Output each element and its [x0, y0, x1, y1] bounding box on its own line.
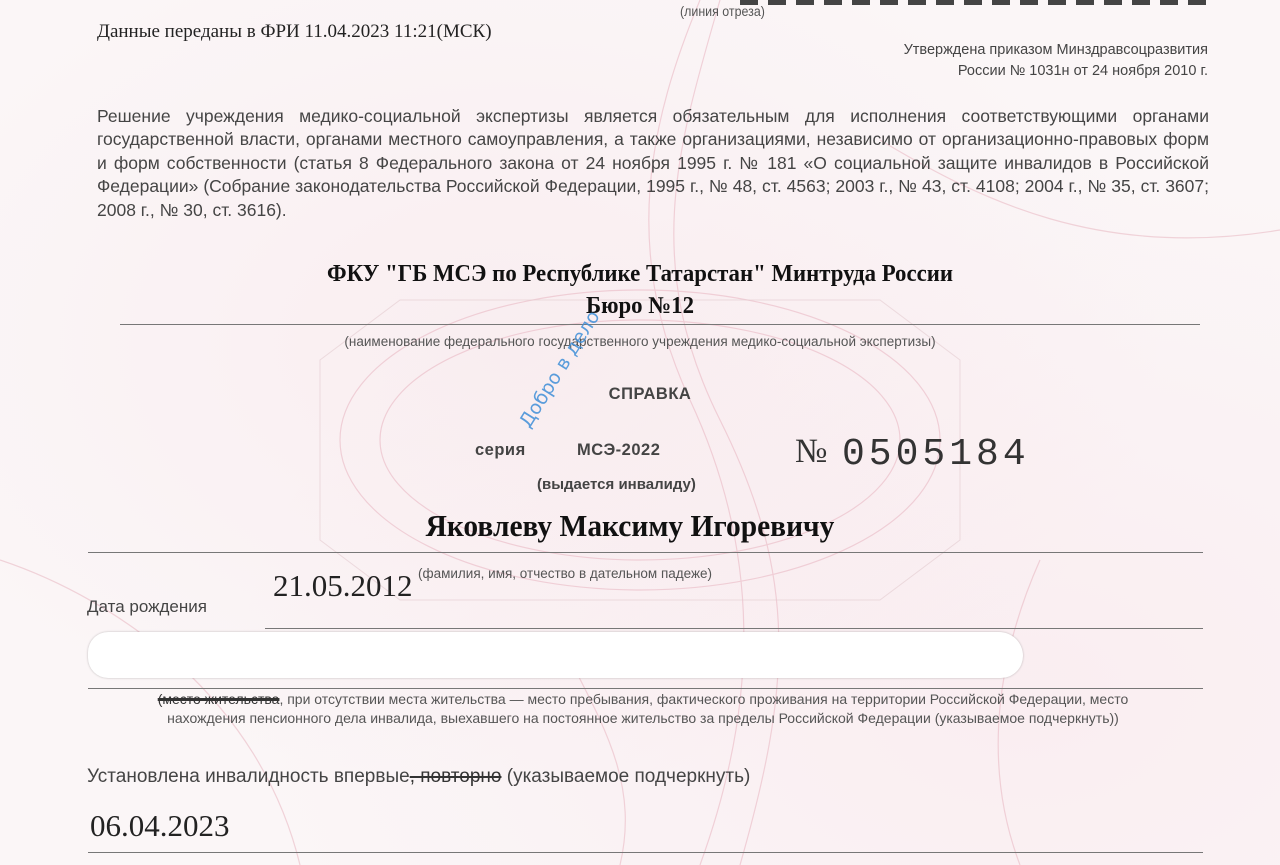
approval-line-1: Утверждена приказом Минздравсоцразвития — [904, 40, 1208, 61]
name-caption: (фамилия, имя, отчество в дательном паде… — [418, 566, 712, 581]
series-label: серия — [475, 441, 526, 460]
cut-line — [740, 0, 1210, 5]
dob-underline — [265, 628, 1203, 629]
document-title: СПРАВКА — [560, 385, 740, 404]
issued-to-caption: (выдается инвалиду) — [537, 476, 696, 493]
established-prefix: Установлена инвалидность впервые — [87, 766, 410, 787]
address-underline — [88, 688, 1203, 689]
dob-value: 21.05.2012 — [273, 568, 413, 604]
organization-underline — [120, 324, 1200, 325]
watermark-stamp: Добро в дело — [515, 307, 605, 432]
established-suffix: (указываемое подчеркнуть) — [501, 766, 750, 787]
approval-note: Утверждена приказом Минздравсоцразвития … — [904, 40, 1208, 82]
recipient-name: Яковлеву Максиму Игоревичу — [260, 508, 1001, 544]
disability-date: 06.04.2023 — [90, 808, 230, 844]
number-sign: № — [795, 433, 827, 471]
dob-label: Дата рождения — [87, 597, 207, 617]
legal-notice: Решение учреждения медико-социальной экс… — [97, 105, 1209, 222]
approval-line-2: России № 1031н от 24 ноября 2010 г. — [904, 61, 1208, 82]
address-caption: (место жительства, при отсутствии места … — [128, 690, 1158, 728]
data-transfer-note: Данные переданы в ФРИ 11.04.2023 11:21(М… — [97, 21, 492, 43]
organization-caption: (наименование федерального государственн… — [150, 334, 1130, 349]
cut-line-label: (линия отреза) — [680, 4, 765, 19]
disability-established-label: Установлена инвалидность впервые, повтор… — [87, 766, 750, 788]
address-redaction — [88, 632, 1023, 678]
address-caption-text: , при отсутствии места жительства — мест… — [167, 691, 1128, 726]
organization-block: ФКУ "ГБ МСЭ по Республике Татарстан" Мин… — [175, 258, 1106, 322]
established-struck-option: , повторно — [410, 766, 502, 787]
name-underline — [88, 552, 1203, 553]
address-caption-struck: (место жительства — [158, 691, 280, 707]
certificate-number: 0505184 — [842, 433, 1030, 476]
bureau-name: Бюро №12 — [175, 290, 1106, 322]
series-value: МСЭ-2022 — [577, 441, 660, 460]
organization-name: ФКУ "ГБ МСЭ по Республике Татарстан" Мин… — [175, 258, 1106, 290]
disability-date-underline — [88, 852, 1203, 853]
